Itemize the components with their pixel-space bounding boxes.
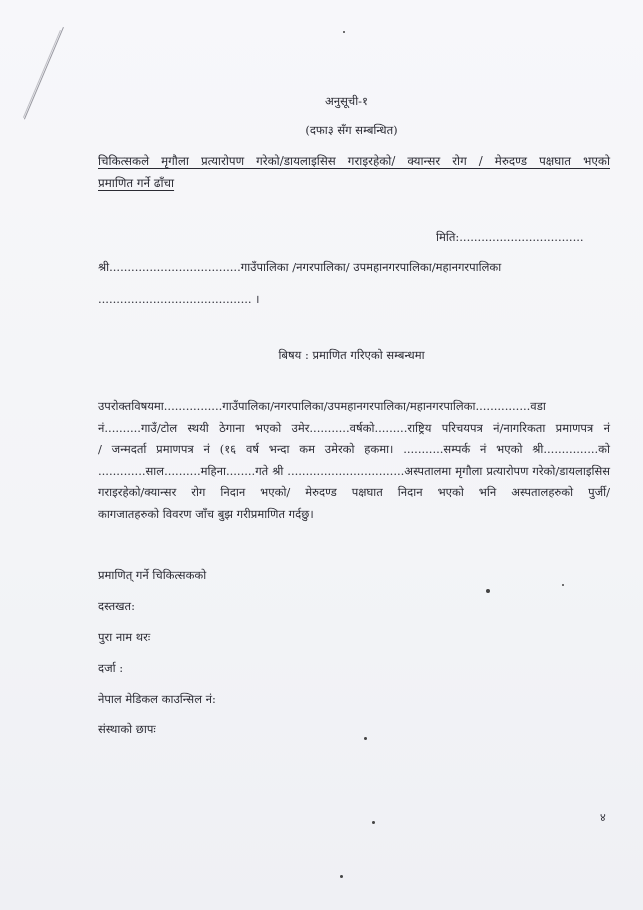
form-title: चिकित्सकले मृगौला प्रत्यारोपण गरेको/डायल… <box>98 150 610 194</box>
schedule-label: अनुसूची-१ <box>0 96 643 108</box>
scan-speck <box>486 589 490 593</box>
full-name-field: पुरा नाम थरः <box>98 632 150 644</box>
signature-field: दस्तखत: <box>98 601 135 613</box>
scan-speck <box>343 31 345 33</box>
form-title-line: चिकित्सकले मृगौला प्रत्यारोपण गरेको/डायल… <box>98 150 610 172</box>
addressee-line: ........................................… <box>98 294 260 306</box>
section-reference: (दफा३ सँग सम्बन्धित) <box>0 125 643 137</box>
subject-line: बिषय : प्रमाणित गरिएको सम्बन्धमा <box>0 350 643 362</box>
body-line: / जन्मदर्ता प्रमाणपत्र नं (१६ वर्ष भन्दा… <box>98 439 610 461</box>
body-line: उपरोक्तविषयमा................गाउँपालिका/… <box>98 396 610 418</box>
date-field: मिति:.................................. <box>436 232 584 244</box>
scanned-document-page: अनुसूची-१ (दफा३ सँग सम्बन्धित) चिकित्सकल… <box>0 0 643 910</box>
scan-speck <box>372 821 375 824</box>
scan-speck <box>562 584 564 586</box>
institution-stamp-field: संस्थाको छापः <box>98 724 156 736</box>
designation-field: दर्जा : <box>98 663 123 675</box>
body-paragraph: उपरोक्तविषयमा................गाउँपालिका/… <box>98 396 610 525</box>
form-title-line: प्रमाणित गर्ने ढाँचा <box>98 172 174 194</box>
medical-council-number-field: नेपाल मेडिकल काउन्सिल नं: <box>98 694 216 706</box>
page-number: ४ <box>600 812 606 823</box>
addressee-line: श्री....................................… <box>98 262 501 274</box>
scan-speck <box>364 737 367 740</box>
body-line: कागजातहरुको विवरण जाँच बुझ गरीप्रमाणित ग… <box>98 504 610 526</box>
body-line: .............साल..........महिना........ग… <box>98 461 610 483</box>
scan-speck <box>340 875 343 878</box>
body-line: नं..........गाउँ/टोल स्थयी ठेगाना भएको उ… <box>98 418 610 440</box>
signature-heading: प्रमाणित् गर्ने चिकित्सकको <box>98 570 206 582</box>
body-line: गराइरहेको/क्यान्सर रोग निदान भएको/ मेरुद… <box>98 482 610 504</box>
